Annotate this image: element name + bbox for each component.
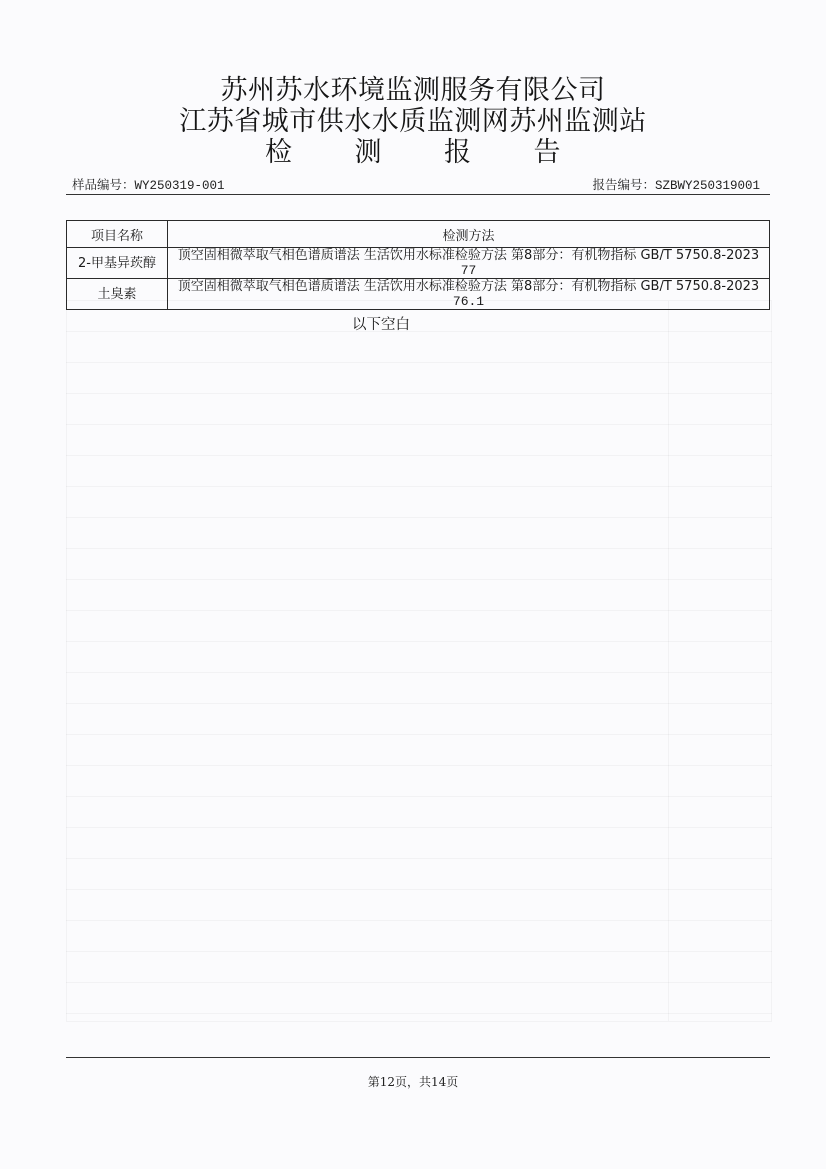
report-number-label: 报告编号： (592, 177, 655, 192)
item-name: 土臭素 (67, 279, 168, 310)
table-row: 土臭素 顶空固相微萃取气相色谱质谱法 生活饮用水标准检验方法 第8部分：有机物指… (67, 279, 770, 310)
footer-divider (66, 1057, 770, 1058)
sample-number-value: WY250319-001 (135, 179, 225, 193)
item-name: 2-甲基异莰醇 (67, 248, 168, 279)
column-header-item: 项目名称 (67, 221, 168, 248)
company-name: 苏州苏水环境监测服务有限公司 (0, 76, 826, 106)
table-header-row: 项目名称 检测方法 (67, 221, 770, 248)
method-clause: 77 (168, 263, 769, 278)
sample-number: 样品编号：WY250319-001 (72, 175, 225, 193)
report-title-char: 报 (444, 138, 472, 168)
methods-table: 项目名称 检测方法 2-甲基异莰醇 顶空固相微萃取气相色谱质谱法 生活饮用水标准… (66, 220, 770, 310)
method-cell: 顶空固相微萃取气相色谱质谱法 生活饮用水标准检验方法 第8部分：有机物指标 GB… (168, 279, 770, 310)
page-number: 第12页，共14页 (0, 1073, 826, 1090)
station-name: 江苏省城市供水水质监测网苏州监测站 (0, 107, 826, 137)
show-through-background (66, 300, 772, 1022)
report-number: 报告编号：SZBWY250319001 (592, 175, 760, 193)
method-text: 顶空固相微萃取气相色谱质谱法 生活饮用水标准检验方法 第8部分：有机物指标 GB… (168, 248, 769, 263)
report-title-char: 告 (534, 138, 562, 168)
method-clause: 76.1 (168, 294, 769, 309)
report-number-value: SZBWY250319001 (655, 179, 760, 193)
table-row: 2-甲基异莰醇 顶空固相微萃取气相色谱质谱法 生活饮用水标准检验方法 第8部分：… (67, 248, 770, 279)
column-header-method: 检测方法 (168, 221, 770, 248)
sample-number-label: 样品编号： (72, 177, 135, 192)
method-text: 顶空固相微萃取气相色谱质谱法 生活饮用水标准检验方法 第8部分：有机物指标 GB… (168, 279, 769, 294)
report-title-char: 测 (355, 138, 383, 168)
method-cell: 顶空固相微萃取气相色谱质谱法 生活饮用水标准检验方法 第8部分：有机物指标 GB… (168, 248, 770, 279)
report-title: 检测报告 (0, 138, 826, 168)
report-title-char: 检 (265, 138, 293, 168)
blank-below-note: 以下空白 (352, 313, 410, 334)
header-divider (66, 194, 770, 195)
